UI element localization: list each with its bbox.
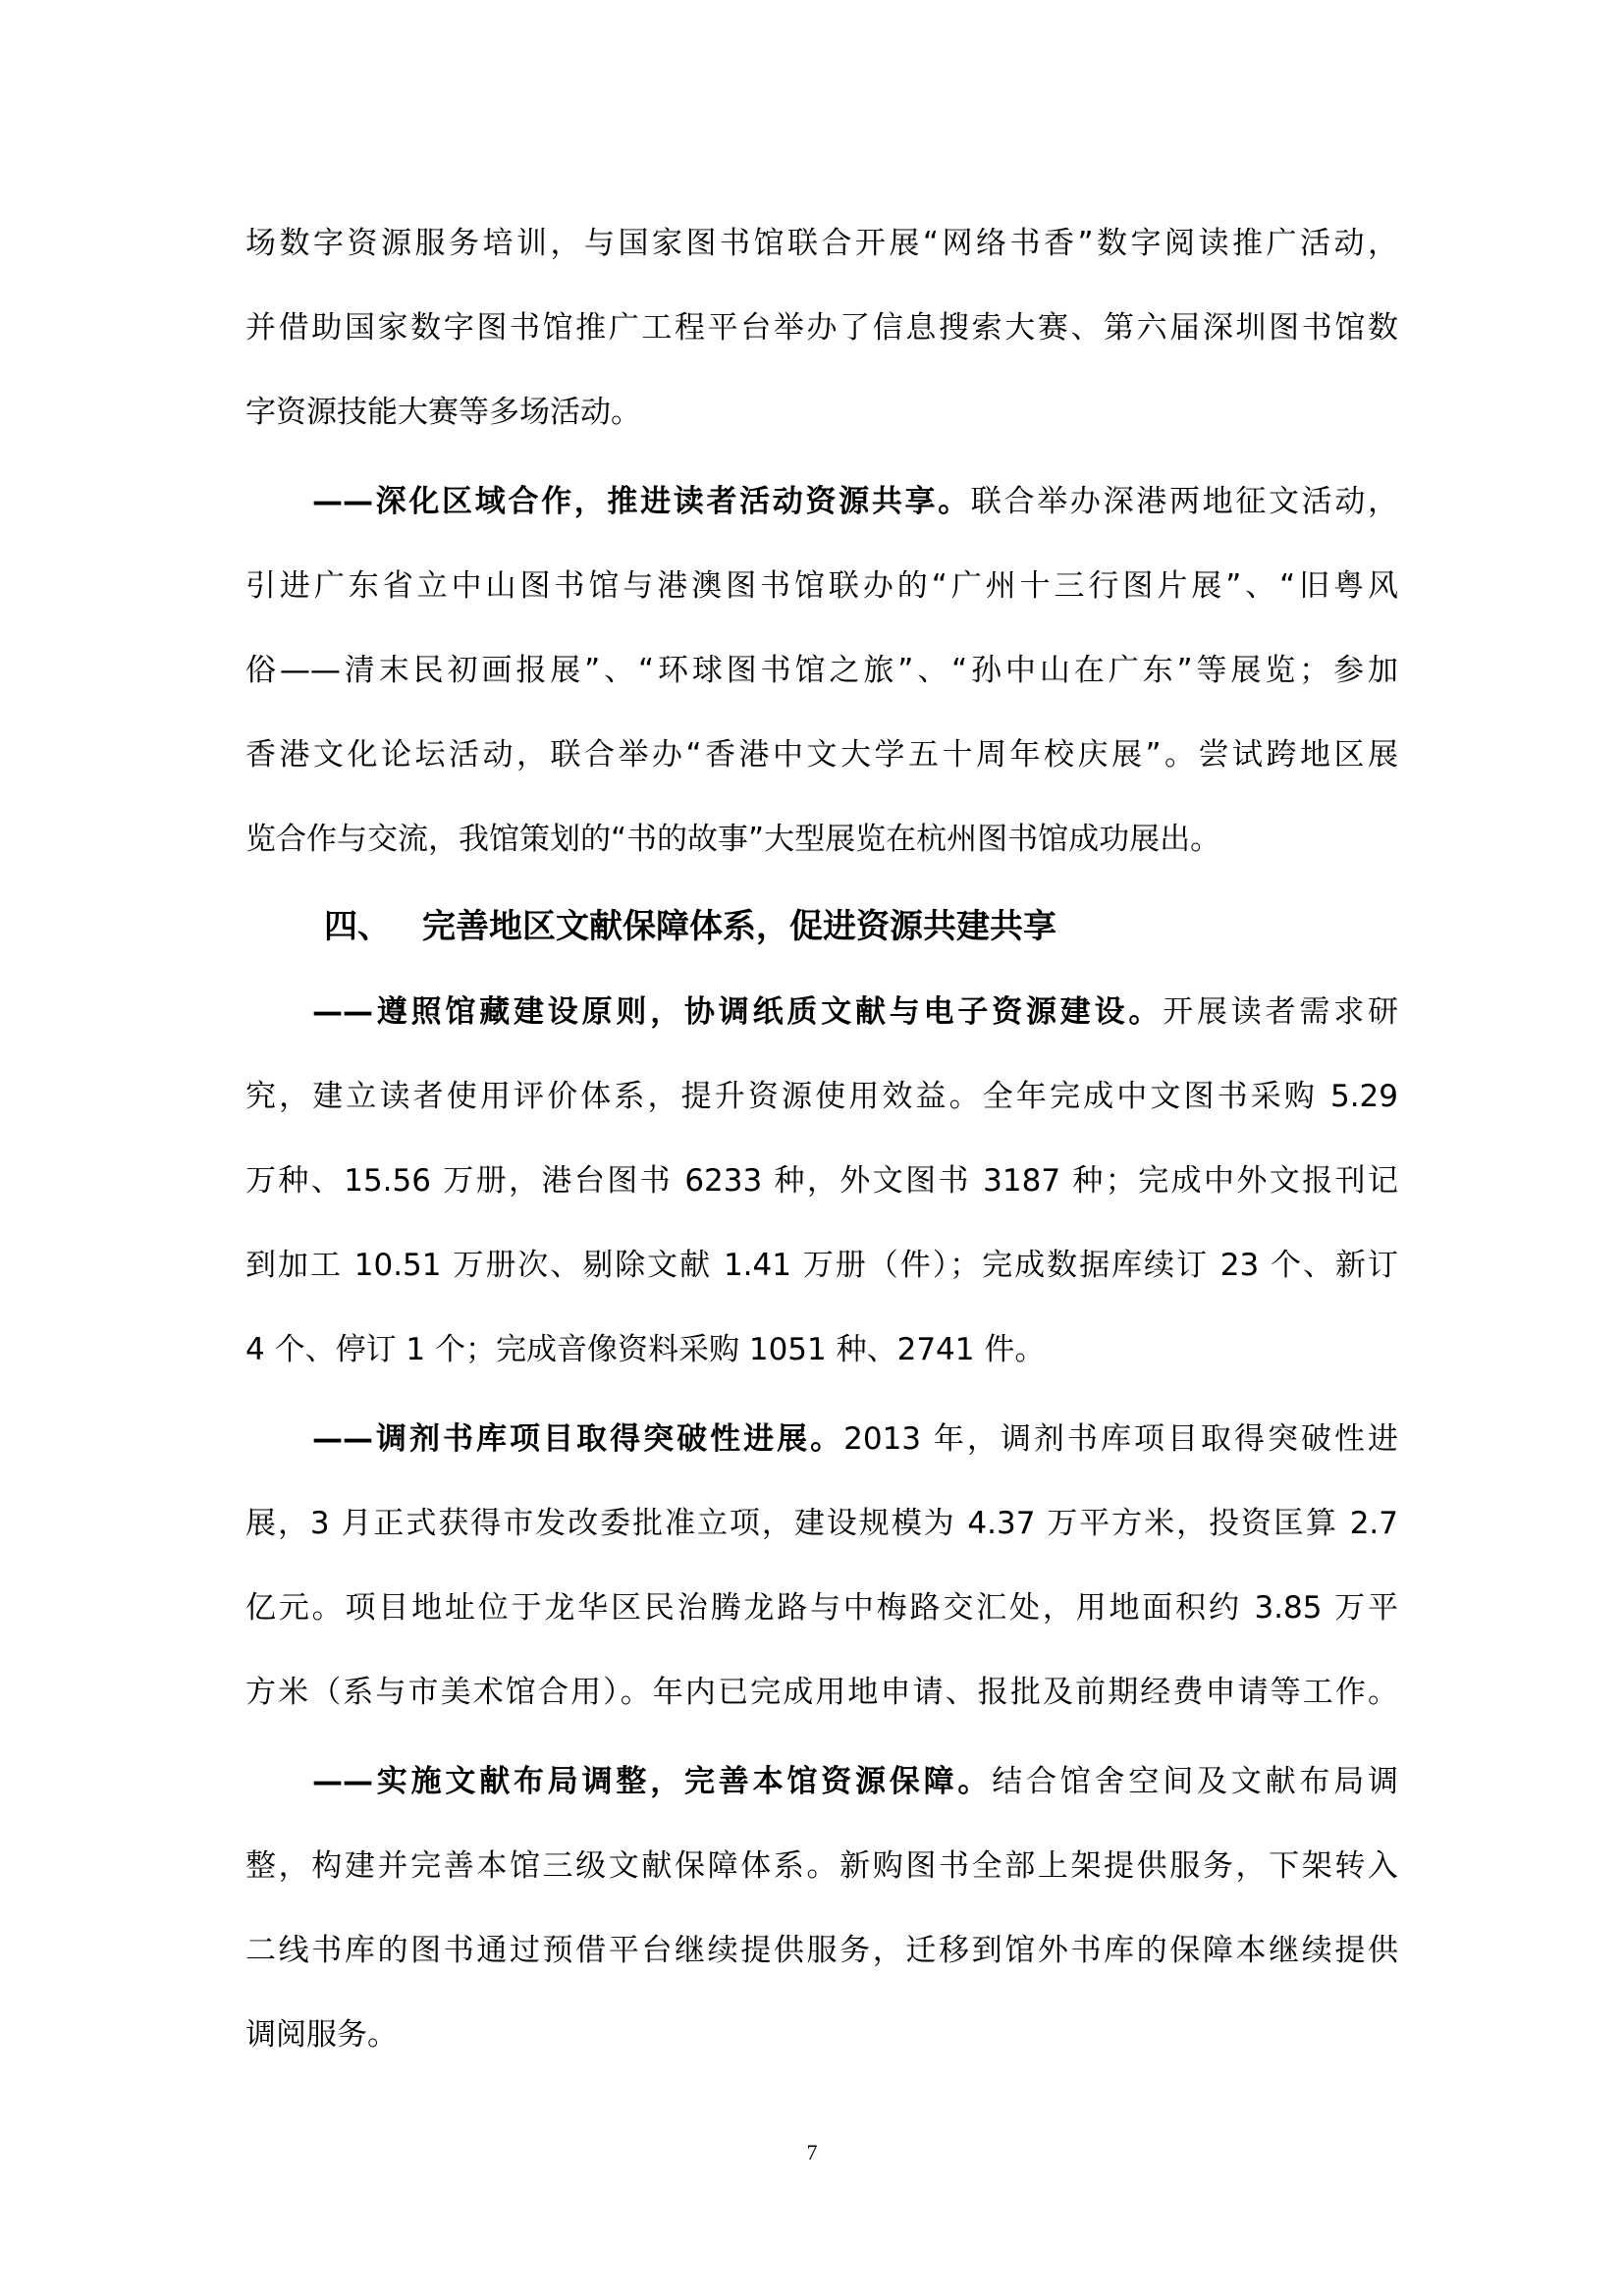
page-number: 7 [802, 2140, 822, 2165]
paragraph-line: 字资源技能大赛等多场活动。 [245, 391, 1398, 434]
paragraph-line: 方米（系与市美术馆合用）。年内已完成用地申请、报批及前期经费申请等工作。 [245, 1671, 1398, 1714]
paragraph-line: 整，构建并完善本馆三级文献保障体系。新购图书全部上架提供服务，下架转入 [245, 1844, 1398, 1888]
paragraph-line: ——深化区域合作，推进读者活动资源共享。联合举办深港两地征文活动， [312, 480, 1398, 523]
paragraph-line: ——遵照馆藏建设原则，协调纸质文献与电子资源建设。开展读者需求研 [312, 990, 1398, 1034]
document-page: 场数字资源服务培训，与国家图书馆联合开展“网络书香”数字阅读推广活动， 并借助国… [0, 0, 1624, 2296]
paragraph-lead: ——深化区域合作，推进读者活动资源共享。 [312, 484, 971, 519]
paragraph-text: 开展读者需求研 [1163, 994, 1398, 1030]
paragraph-line: 到加工 10.51 万册次、剔除文献 1.41 万册（件）；完成数据库续订 23… [245, 1244, 1398, 1287]
section-title: 完善地区文献保障体系，促进资源共建共享 [422, 907, 1056, 946]
paragraph-text: 联合举办深港两地征文活动， [971, 484, 1398, 519]
paragraph-lead: ——调剂书库项目取得突破性进展。 [312, 1421, 843, 1457]
paragraph-line: 香港文化论坛活动，联合举办“香港中文大学五十周年校庆展”。尝试跨地区展 [245, 733, 1398, 776]
paragraph-line: 览合作与交流，我馆策划的“书的故事”大型展览在杭州图书馆成功展出。 [245, 818, 1398, 861]
paragraph-line: 究，建立读者使用评价体系，提升资源使用效益。全年完成中文图书采购 5.29 [245, 1075, 1398, 1118]
paragraph-text: 结合馆舍空间及文献布局调 [992, 1764, 1398, 1799]
paragraph-line: 展，3 月正式获得市发改委批准立项，建设规模为 4.37 万平方米，投资匡算 2… [245, 1502, 1398, 1545]
paragraph-line: 场数字资源服务培训，与国家图书馆联合开展“网络书香”数字阅读推广活动， [245, 222, 1398, 265]
paragraph-line: 引进广东省立中山图书馆与港澳图书馆联办的“广州十三行图片展”、“旧粤风 [245, 564, 1398, 608]
paragraph-line: 调阅服务。 [245, 2013, 1398, 2056]
paragraph-line: 亿元。项目地址位于龙华区民治腾龙路与中梅路交汇处，用地面积约 3.85 万平 [245, 1586, 1398, 1629]
paragraph-line: 二线书库的图书通过预借平台继续提供服务，迁移到馆外书库的保障本继续提供 [245, 1929, 1398, 1972]
paragraph-line: ——调剂书库项目取得突破性进展。2013 年，调剂书库项目取得突破性进 [312, 1417, 1398, 1461]
paragraph-line: 并借助国家数字图书馆推广工程平台举办了信息搜索大赛、第六届深圳图书馆数 [245, 306, 1398, 349]
paragraph-line: 万种、15.56 万册，港台图书 6233 种，外文图书 3187 种；完成中外… [245, 1159, 1398, 1202]
section-heading: 四、完善地区文献保障体系，促进资源共建共享 [324, 903, 1056, 950]
paragraph-text: 2013 年，调剂书库项目取得突破性进 [843, 1421, 1398, 1457]
paragraph-lead: ——实施文献布局调整，完善本馆资源保障。 [312, 1764, 992, 1799]
paragraph-line: 4 个、停订 1 个；完成音像资料采购 1051 种、2741 件。 [245, 1328, 1398, 1371]
paragraph-lead: ——遵照馆藏建设原则，协调纸质文献与电子资源建设。 [312, 994, 1163, 1030]
paragraph-line: ——实施文献布局调整，完善本馆资源保障。结合馆舍空间及文献布局调 [312, 1760, 1398, 1803]
paragraph-line: 俗——清末民初画报展”、“环球图书馆之旅”、“孙中山在广东”等展览；参加 [245, 649, 1398, 692]
section-number: 四、 [324, 903, 422, 950]
